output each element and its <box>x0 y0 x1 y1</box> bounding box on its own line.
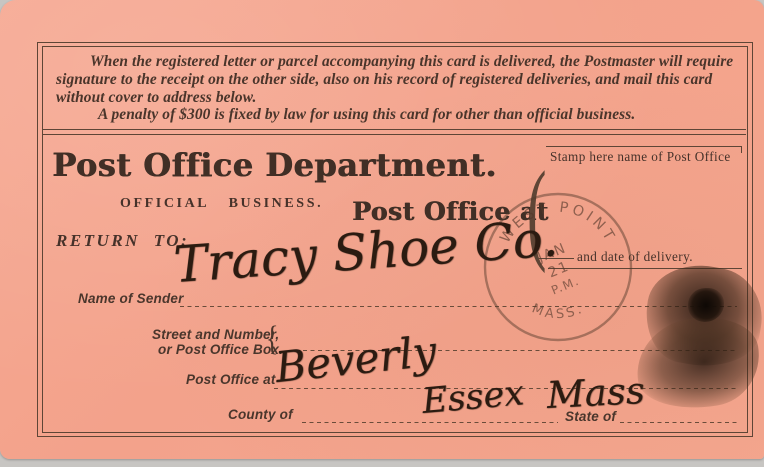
stamp-area-top-rule <box>546 146 742 147</box>
instructions-paragraph-1: When the registered letter or parcel acc… <box>56 53 738 106</box>
instructions-paragraph-2: A penalty of $300 is fixed by law for us… <box>56 106 738 124</box>
department-title: Post Office Department. <box>52 146 497 184</box>
section-divider-rule <box>43 129 746 135</box>
postmark-state-arc: MASS. <box>530 301 587 322</box>
card-paper: When the registered letter or parcel acc… <box>0 0 764 459</box>
return-to-label: RETURN TO: <box>56 231 189 251</box>
field-label-street-line2: or Post Office Box. <box>158 342 283 357</box>
field-label-street-line1: Street and Number, <box>152 327 279 342</box>
official-business-label: OFFICIAL BUSINESS. <box>120 196 323 212</box>
instructions-block: When the registered letter or parcel acc… <box>56 53 738 124</box>
stamp-area-top-label: Stamp here name of Post Office <box>550 149 731 165</box>
field-label-name-of-sender: Name of Sender <box>78 291 184 306</box>
field-line-state-of <box>620 422 737 423</box>
handwritten-state: Mass <box>546 369 646 417</box>
field-label-post-office-at: Post Office at <box>186 372 276 387</box>
field-line-county-of <box>302 422 558 423</box>
scanned-postal-card: When the registered letter or parcel acc… <box>0 0 764 467</box>
field-label-county-of: County of <box>228 407 293 422</box>
